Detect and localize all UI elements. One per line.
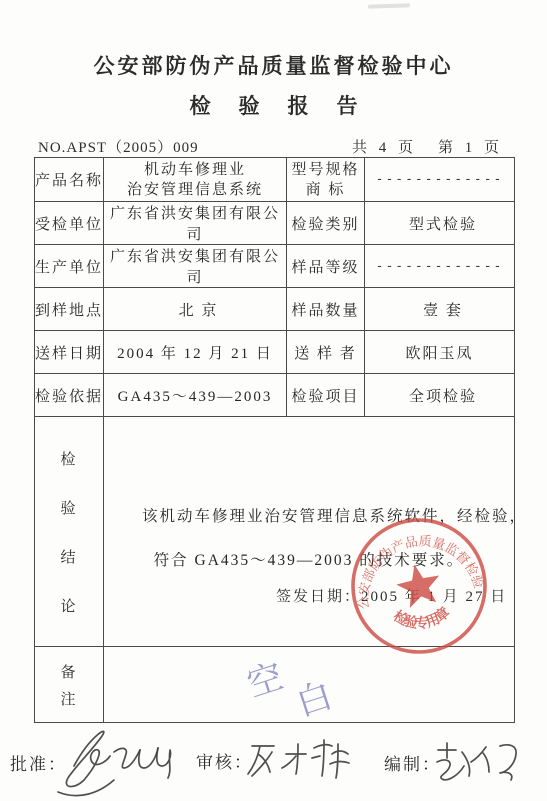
report-meta-line: NO.APST（2005）009 共 4 页 第 1 页	[0, 136, 547, 156]
product-name-cell: 机动车修理业 治安管理信息系统	[104, 158, 287, 202]
conclusion-line1: 该机动车修理业治安管理信息系统软件，经检验，	[108, 495, 510, 539]
producer-cell: 广东省洪安集团有限公司	[104, 245, 287, 288]
product-name-line1: 机动车修理业	[104, 160, 286, 180]
row-label: 到样地点	[35, 288, 104, 331]
conclusion-label-char: 验	[60, 497, 77, 518]
model-label-line2: 商 标	[287, 180, 364, 200]
report-number: NO.APST（2005）009	[38, 136, 199, 157]
table-row: 检验依据 GA435～439—2003 检验项目 全项检验	[35, 374, 515, 417]
row-label: 送样日期	[35, 331, 104, 374]
blank-stamp-char: 空	[240, 649, 291, 708]
row-label: 型号规格 商 标	[287, 158, 365, 202]
blank-stamp-char: 白	[289, 668, 340, 727]
issue-date: 签发日期：2005 年 1 月 27 日	[276, 585, 507, 606]
table-row: 产品名称 机动车修理业 治安管理信息系统 型号规格 商 标 ----------…	[35, 158, 515, 202]
pages-total: 共 4 页	[352, 136, 417, 157]
sample-place-cell: 北 京	[104, 288, 287, 331]
table-row: 到样地点 北 京 样品数量 壹 套	[35, 288, 515, 331]
conclusion-row: 检 验 结 论 该机动车修理业治安管理信息系统软件，经检验， 符合 GA435～…	[35, 417, 515, 647]
conclusion-cell: 该机动车修理业治安管理信息系统软件，经检验， 符合 GA435～439—2003…	[104, 417, 515, 647]
conclusion-text: 该机动车修理业治安管理信息系统软件，经检验， 符合 GA435～439—2003…	[104, 481, 514, 583]
row-label: 样品数量	[287, 288, 365, 331]
conclusion-label-char: 检	[60, 448, 77, 469]
org-title: 公安部防伪产品质量监督检验中心	[0, 50, 547, 80]
sample-sender-cell: 欧阳玉凤	[365, 331, 515, 374]
inspection-type-cell: 型式检验	[365, 202, 515, 245]
row-label: 检验项目	[287, 374, 365, 417]
scan-artifact	[368, 3, 410, 8]
approval-signature	[44, 722, 174, 800]
row-label: 检验依据	[35, 374, 104, 417]
row-label: 检验类别	[287, 202, 365, 245]
inspection-report-page: 公安部防伪产品质量监督检验中心 检验报告 NO.APST（2005）009 共 …	[0, 0, 547, 801]
sample-date-cell: 2004 年 12 月 21 日	[104, 331, 287, 374]
row-label: 产品名称	[35, 158, 104, 202]
conclusion-line2: 符合 GA435～439—2003 的技术要求。	[108, 539, 510, 583]
review-signature	[244, 736, 352, 782]
table-row: 生产单位 广东省洪安集团有限公司 样品等级 -------------	[35, 245, 515, 288]
prepare-signature	[430, 738, 526, 782]
model-value-cell: -------------	[365, 158, 515, 202]
conclusion-label-char: 论	[60, 595, 77, 616]
report-table: 产品名称 机动车修理业 治安管理信息系统 型号规格 商 标 ----------…	[34, 157, 515, 723]
inspection-basis-cell: GA435～439—2003	[104, 374, 287, 417]
row-label: 生产单位	[35, 245, 104, 288]
remark-label-char: 备	[60, 661, 77, 682]
conclusion-label: 检 验 结 论	[35, 417, 104, 647]
sample-qty-cell: 壹 套	[365, 288, 515, 331]
row-label: 送 样 者	[287, 331, 365, 374]
product-name-line2: 治安管理信息系统	[104, 180, 286, 200]
sample-grade-cell: -------------	[365, 245, 515, 288]
conclusion-label-char: 结	[60, 546, 77, 567]
remark-row: 备 注 空 白	[35, 647, 515, 723]
doc-title: 检验报告	[0, 90, 547, 120]
inspected-unit-cell: 广东省洪安集团有限公司	[104, 202, 287, 245]
table-row: 受检单位 广东省洪安集团有限公司 检验类别 型式检验	[35, 202, 515, 245]
row-label: 受检单位	[35, 202, 104, 245]
remark-label: 备 注	[35, 647, 104, 723]
row-label: 样品等级	[287, 245, 365, 288]
remark-cell: 空 白	[104, 647, 515, 723]
remark-label-char: 注	[60, 688, 77, 709]
page-number: 第 1 页	[438, 136, 503, 157]
table-row: 送样日期 2004 年 12 月 21 日 送 样 者 欧阳玉凤	[35, 331, 515, 374]
inspection-items-cell: 全项检验	[365, 374, 515, 417]
model-label-line1: 型号规格	[287, 160, 364, 180]
